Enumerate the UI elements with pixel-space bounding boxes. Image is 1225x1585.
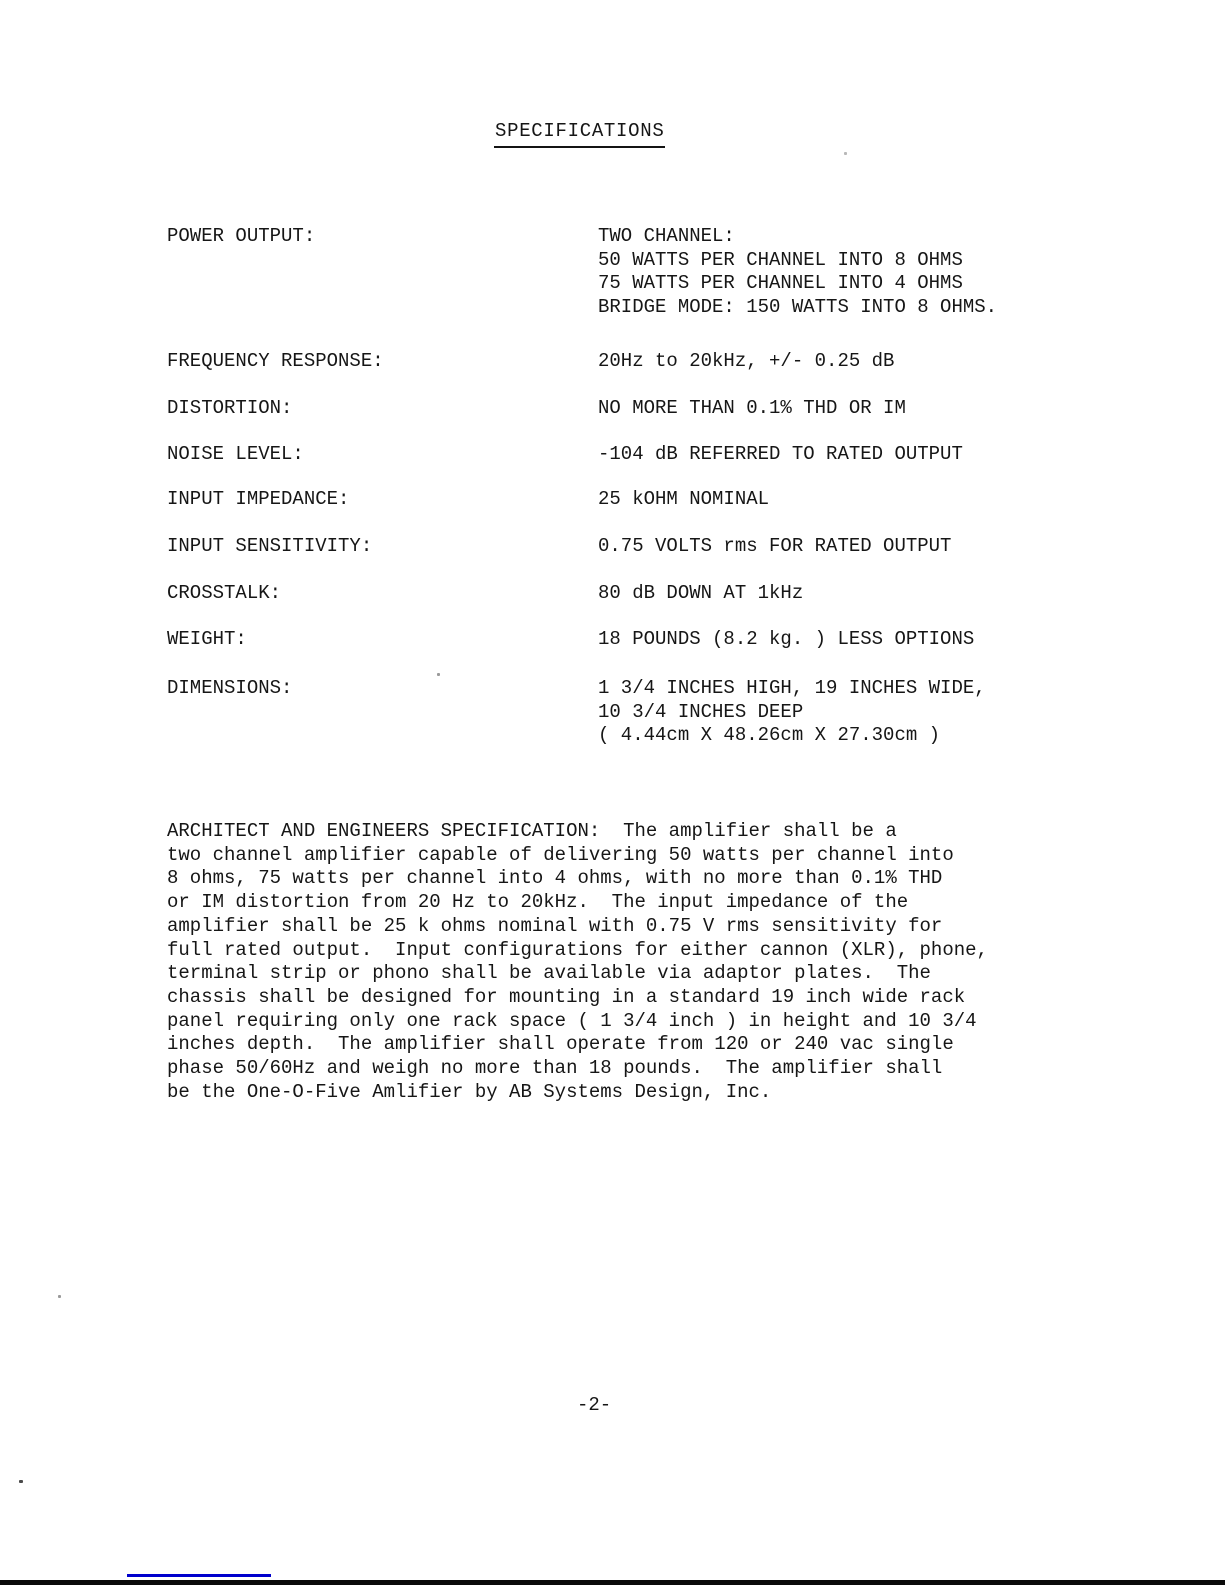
spec-row-power-output: POWER OUTPUT: TWO CHANNEL: 50 WATTS PER … xyxy=(167,225,1225,320)
architect-engineers-specification-paragraph: ARCHITECT AND ENGINEERS SPECIFICATION: T… xyxy=(167,820,1087,1104)
spec-label: INPUT SENSITIVITY: xyxy=(167,535,598,559)
spec-value: -104 dB REFERRED TO RATED OUTPUT xyxy=(598,443,963,467)
spec-value: NO MORE THAN 0.1% THD OR IM xyxy=(598,397,906,421)
scan-speck xyxy=(19,1480,23,1483)
spec-label: INPUT IMPEDANCE: xyxy=(167,488,598,512)
spec-label: NOISE LEVEL: xyxy=(167,443,598,467)
page-number: -2- xyxy=(577,1394,611,1418)
spec-label: WEIGHT: xyxy=(167,628,598,652)
specification-document-page: SPECIFICATIONS POWER OUTPUT: TWO CHANNEL… xyxy=(0,0,1225,1585)
spec-row-input-impedance: INPUT IMPEDANCE: 25 kOHM NOMINAL xyxy=(167,488,1225,512)
spec-row-frequency-response: FREQUENCY RESPONSE: 20Hz to 20kHz, +/- 0… xyxy=(167,350,1225,374)
spec-row-noise-level: NOISE LEVEL: -104 dB REFERRED TO RATED O… xyxy=(167,443,1225,467)
spec-value: 18 POUNDS (8.2 kg. ) LESS OPTIONS xyxy=(598,628,974,652)
scan-bottom-border xyxy=(0,1580,1225,1585)
spec-row-dimensions: DIMENSIONS: 1 3/4 INCHES HIGH, 19 INCHES… xyxy=(167,677,1225,748)
spec-row-weight: WEIGHT: 18 POUNDS (8.2 kg. ) LESS OPTION… xyxy=(167,628,1225,652)
spec-label: POWER OUTPUT: xyxy=(167,225,598,249)
spec-value: 25 kOHM NOMINAL xyxy=(598,488,769,512)
spec-label: DIMENSIONS: xyxy=(167,677,598,701)
scan-speck xyxy=(58,1295,61,1298)
spec-label: CROSSTALK: xyxy=(167,582,598,606)
spec-label: DISTORTION: xyxy=(167,397,598,421)
scan-speck xyxy=(437,673,440,676)
spec-value: TWO CHANNEL: 50 WATTS PER CHANNEL INTO 8… xyxy=(598,225,997,320)
spec-value: 80 dB DOWN AT 1kHz xyxy=(598,582,803,606)
spec-row-input-sensitivity: INPUT SENSITIVITY: 0.75 VOLTS rms FOR RA… xyxy=(167,535,1225,559)
blue-underline-mark xyxy=(127,1574,271,1577)
spec-row-distortion: DISTORTION: NO MORE THAN 0.1% THD OR IM xyxy=(167,397,1225,421)
spec-row-crosstalk: CROSSTALK: 80 dB DOWN AT 1kHz xyxy=(167,582,1225,606)
scan-speck xyxy=(844,152,847,155)
spec-value: 1 3/4 INCHES HIGH, 19 INCHES WIDE, 10 3/… xyxy=(598,677,986,748)
spec-value: 0.75 VOLTS rms FOR RATED OUTPUT xyxy=(598,535,951,559)
spec-value: 20Hz to 20kHz, +/- 0.25 dB xyxy=(598,350,894,374)
spec-label: FREQUENCY RESPONSE: xyxy=(167,350,598,374)
page-title: SPECIFICATIONS xyxy=(494,120,665,148)
